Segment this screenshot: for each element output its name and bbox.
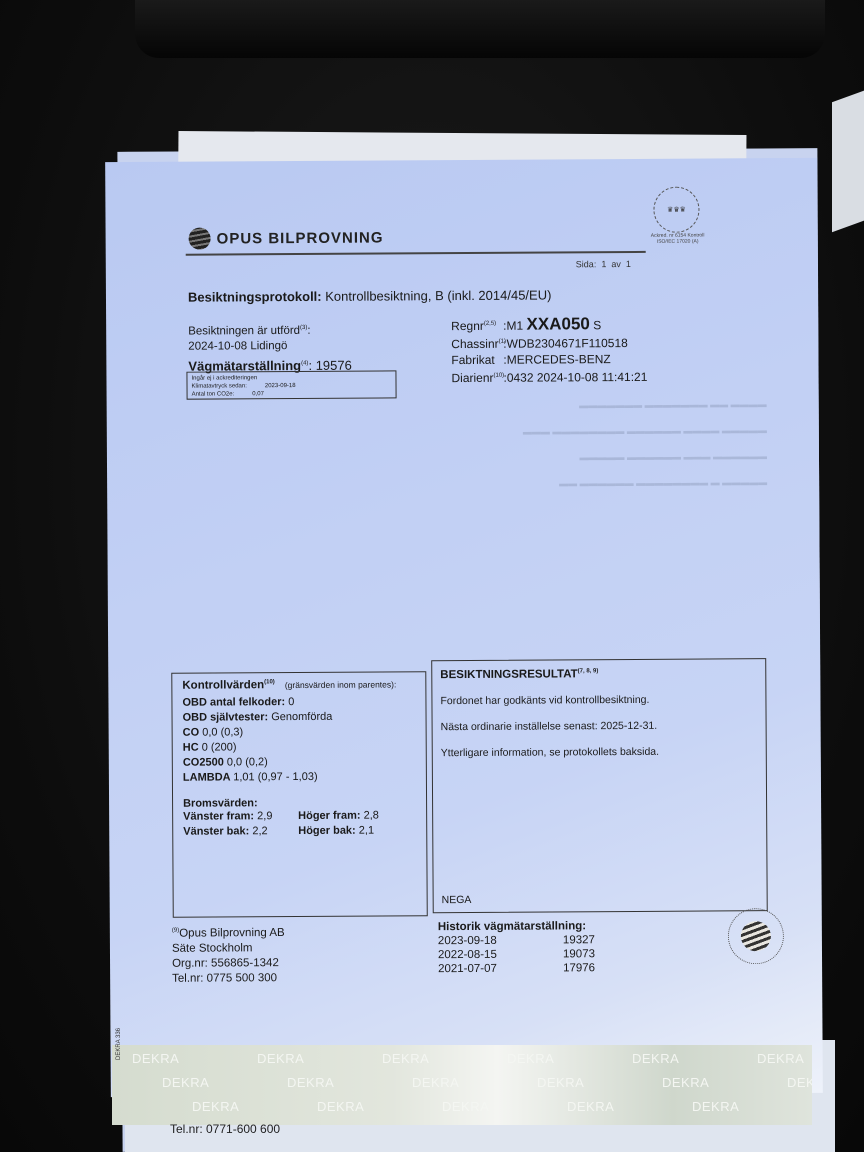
company-info: (9)Opus Bilprovning AB Säte Stockholm Or… (172, 923, 285, 987)
make-row: Fabrikat:MERCEDES-BENZ (451, 351, 647, 368)
brand-logo: OPUS BILPROVNING (189, 226, 384, 249)
diary-row: Diarienr(10):0432 2024-10-08 11:41:21 (451, 367, 647, 386)
history-row: 2023-09-1819327 (438, 933, 603, 948)
history-row: 2022-08-1519073 (438, 947, 603, 962)
control-value-row: CO 0,0 (0,3) (183, 724, 416, 740)
chassis-row: Chassinr(1):WDB2304671F110518 (451, 333, 647, 352)
inspection-date-location: 2024-10-08 Lidingö (188, 339, 311, 355)
control-value-row: LAMBDA 1,01 (0,97 - 1,03) (183, 769, 416, 785)
background-object (135, 0, 825, 58)
page-indicator: Sida: 1 av 1 (576, 259, 631, 269)
swedac-seal-icon: ♛♛♛ (653, 187, 699, 233)
dekra-watermark: DEKRA (192, 1099, 239, 1114)
dekra-side-code: DEKRA 336 (116, 1028, 122, 1060)
dekra-watermark: DEKRA (662, 1075, 709, 1090)
dekra-watermark: DEKRA (132, 1051, 179, 1066)
control-values-box: Kontrollvärden(10)(gränsvärden inom pare… (171, 671, 427, 918)
result-more-info: Ytterligare information, se protokollets… (441, 745, 758, 759)
dekra-watermark: DEKRA (567, 1099, 614, 1114)
dekra-watermark: DEKRA (537, 1075, 584, 1090)
inspection-result-box: BESIKTNINGSRESULTAT(7, 8, 9) Fordonet ha… (431, 658, 768, 913)
dekra-watermark: DEKRA (382, 1051, 429, 1066)
bottom-tel: Tel.nr: 0771-600 600 (170, 1122, 280, 1136)
brake-value: Höger bak: 2,1 (298, 823, 413, 839)
dekra-watermark: DEKRA (317, 1099, 364, 1114)
inspection-protocol-sheet: OPUS BILPROVNING ♛♛♛ Ackred. nr 6154 Kon… (105, 158, 823, 1097)
brake-values: Vänster fram: 2,9Höger fram: 2,8Vänster … (183, 808, 416, 839)
side-paper-edge (832, 88, 864, 233)
brake-value: Vänster bak: 2,2 (183, 824, 298, 840)
history-row: 2021-07-0717976 (438, 961, 603, 976)
control-values-list: OBD antal felkoder: 0OBD självtester: Ge… (182, 694, 416, 785)
dekra-watermark: DEKRA (257, 1051, 304, 1066)
control-value-row: CO2500 0,0 (0,2) (183, 754, 416, 770)
climate-compensation-seal-icon (728, 908, 784, 964)
dekra-watermark: DEKRA (787, 1075, 812, 1090)
globe-logo-icon (189, 228, 211, 250)
dekra-watermark: DEKRA (412, 1075, 459, 1090)
dekra-watermark: DEKRA (507, 1051, 554, 1066)
vehicle-info: Regnr(2,5):M1 XXA050 S Chassinr(1):WDB23… (451, 315, 647, 386)
result-approved: Fordonet har godkänts vid kontrollbesikt… (440, 693, 757, 707)
inspection-performed: Besiktningen är utförd(3): 2024-10-08 Li… (188, 321, 311, 355)
dekra-watermark: DEKRA (692, 1099, 739, 1114)
control-value-row: HC 0 (200) (183, 739, 416, 755)
dekra-strip: DEKRADEKRADEKRADEKRADEKRADEKRADEKRADEKRA… (112, 1045, 812, 1125)
dekra-watermark: DEKRA (757, 1051, 804, 1066)
control-value-row: OBD antal felkoder: 0 (182, 694, 415, 710)
brake-value: Vänster fram: 2,9 (183, 809, 298, 825)
dekra-watermark: DEKRA (287, 1075, 334, 1090)
brake-value: Höger fram: 2,8 (298, 808, 413, 824)
result-next-inspection: Nästa ordinarie inställelse senast: 2025… (441, 719, 758, 733)
show-through-text: ▬▬▬▬ ▬▬ ▬▬▬▬▬▬▬ ▬▬▬▬▬▬▬ ▬▬▬▬▬ ▬▬▬▬ ▬▬▬▬▬… (437, 398, 768, 504)
registration-number: XXA050 (526, 314, 589, 333)
accreditation-text: Ackred. nr 6154 Kontroll ISO/IEC 17020 (… (650, 233, 706, 245)
inspector-code: NEGA (442, 894, 472, 906)
brand-name: OPUS BILPROVNING (217, 229, 384, 247)
header-rule (186, 251, 646, 256)
regnr-row: Regnr(2,5):M1 XXA050 S (451, 315, 647, 334)
odometer-history: Historik vägmätarställning: 2023-09-1819… (438, 919, 603, 976)
dekra-watermark: DEKRA (442, 1099, 489, 1114)
climate-footprint-box: Ingår ej i ackrediteringen Klimatavtryck… (186, 370, 396, 399)
dekra-watermark: DEKRA (632, 1051, 679, 1066)
control-value-row: OBD självtester: Genomförda (183, 709, 416, 725)
document-title: Besiktningsprotokoll: Kontrollbesiktning… (188, 287, 552, 304)
dekra-watermark: DEKRA (162, 1075, 209, 1090)
